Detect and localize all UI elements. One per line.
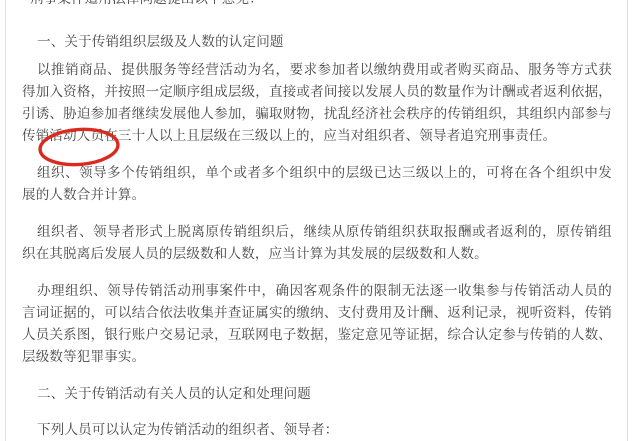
section-2-heading: 二、关于传销活动有关人员的认定和处理问题 xyxy=(22,383,612,405)
section-1-paragraph-2: 组织、领导多个传销组织，单个或者多个组织中的层级已达三级以上的，可将在各个组织中… xyxy=(22,162,612,206)
section-1-paragraph-4: 办理组织、领导传销活动刑事案件中，确因客观条件的限制无法逐一收集参与传销活动人员… xyxy=(22,280,612,368)
section-1-paragraph-1: 以推销商品、提供服务等经营活动为名，要求参加者以缴纳费用或者购买商品、服务等方式… xyxy=(22,59,612,147)
left-border-divider xyxy=(5,0,6,441)
section-2-paragraph-1: 下列人员可以认定为传销活动的组织者、领导者： xyxy=(22,419,612,441)
intro-line-clipped: 刑事案件适用法律问题提出以下意见： xyxy=(22,0,612,10)
right-border-divider xyxy=(627,0,628,441)
section-1-heading: 一、关于传销组织层级及人数的认定问题 xyxy=(22,31,612,53)
article-page: 刑事案件适用法律问题提出以下意见： 一、关于传销组织层级及人数的认定问题 以推销… xyxy=(0,0,640,441)
section-1-paragraph-3: 组织者、领导者形式上脱离原传销组织后，继续从原传销组织获取报酬或者返利的，原传销… xyxy=(22,221,612,265)
document-body: 刑事案件适用法律问题提出以下意见： 一、关于传销组织层级及人数的认定问题 以推销… xyxy=(22,0,612,441)
